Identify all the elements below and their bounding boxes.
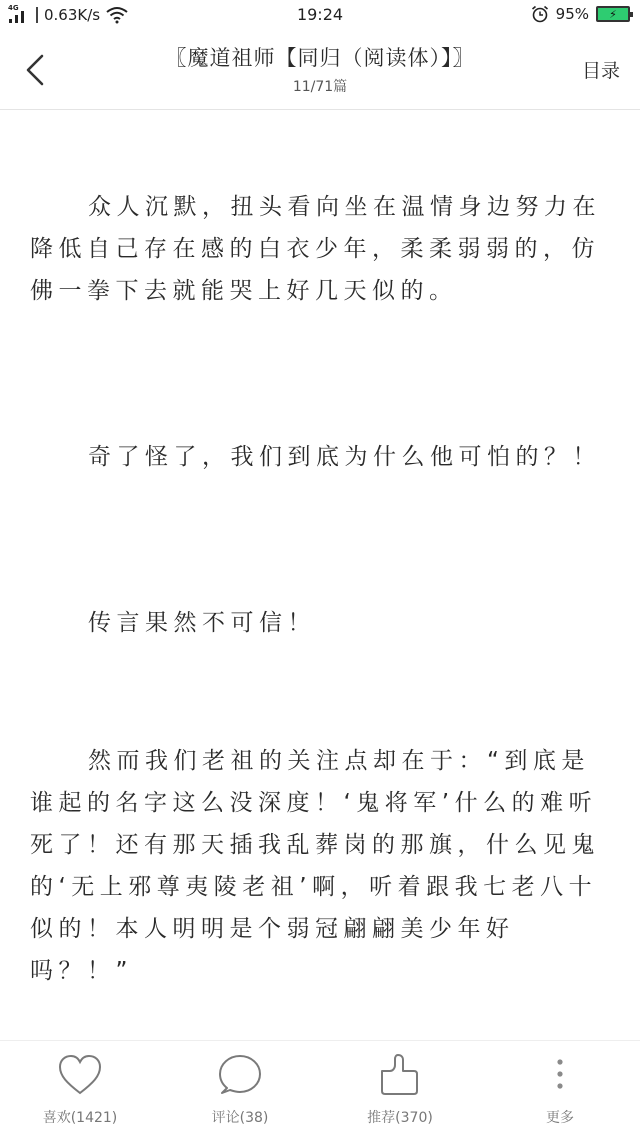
paragraph: 传言果然不可信！: [30, 602, 610, 644]
comment-button[interactable]: 评论(38): [180, 1053, 300, 1127]
reader-header: 〖魔道祖师【同归（阅读体）】〗 11/71篇 目录: [0, 32, 640, 110]
paragraph: 然而我们老祖的关注点却在于：“到底是谁起的名字这么没深度！‘鬼将军’什么的难听死…: [30, 740, 610, 992]
status-bar: 4G 0.63K/s 19:24 95% ⚡: [0, 0, 640, 32]
bolt-icon: ⚡: [609, 9, 617, 20]
more-label: 更多: [500, 1107, 620, 1127]
title-block: 〖魔道祖师【同归（阅读体）】〗 11/71篇: [120, 42, 520, 96]
battery-charging-icon: ⚡: [596, 6, 630, 22]
chapter-progress: 11/71篇: [120, 76, 520, 96]
thumbs-up-icon: [377, 1053, 423, 1097]
reading-content[interactable]: 众人沉默，扭头看向坐在温情身边努力在降低自己存在感的白衣少年，柔柔弱弱的，仿佛一…: [0, 110, 640, 1040]
more-vertical-icon: [537, 1053, 583, 1097]
status-right: 95% ⚡: [531, 5, 630, 23]
like-button[interactable]: 喜欢(1421): [20, 1053, 140, 1127]
recommend-button[interactable]: 推荐(370): [340, 1053, 460, 1127]
comment-label: 评论(38): [180, 1107, 300, 1127]
bottom-action-bar: 喜欢(1421) 评论(38) 推荐(370) 更多: [0, 1040, 640, 1138]
recommend-label: 推荐(370): [340, 1107, 460, 1127]
battery-percent: 95%: [556, 5, 589, 23]
paragraph: 奇了怪了，我们到底为什么他可怕的？！: [30, 436, 610, 478]
heart-icon: [57, 1053, 103, 1097]
like-label: 喜欢(1421): [20, 1107, 140, 1127]
alarm-icon: [531, 5, 549, 23]
more-button[interactable]: 更多: [500, 1053, 620, 1127]
comment-icon: [217, 1053, 263, 1097]
book-title: 〖魔道祖师【同归（阅读体）】〗: [120, 42, 520, 72]
paragraph: 众人沉默，扭头看向坐在温情身边努力在降低自己存在感的白衣少年，柔柔弱弱的，仿佛一…: [30, 186, 610, 312]
chevron-left-icon[interactable]: [20, 50, 54, 90]
table-of-contents-button[interactable]: 目录: [582, 56, 620, 83]
